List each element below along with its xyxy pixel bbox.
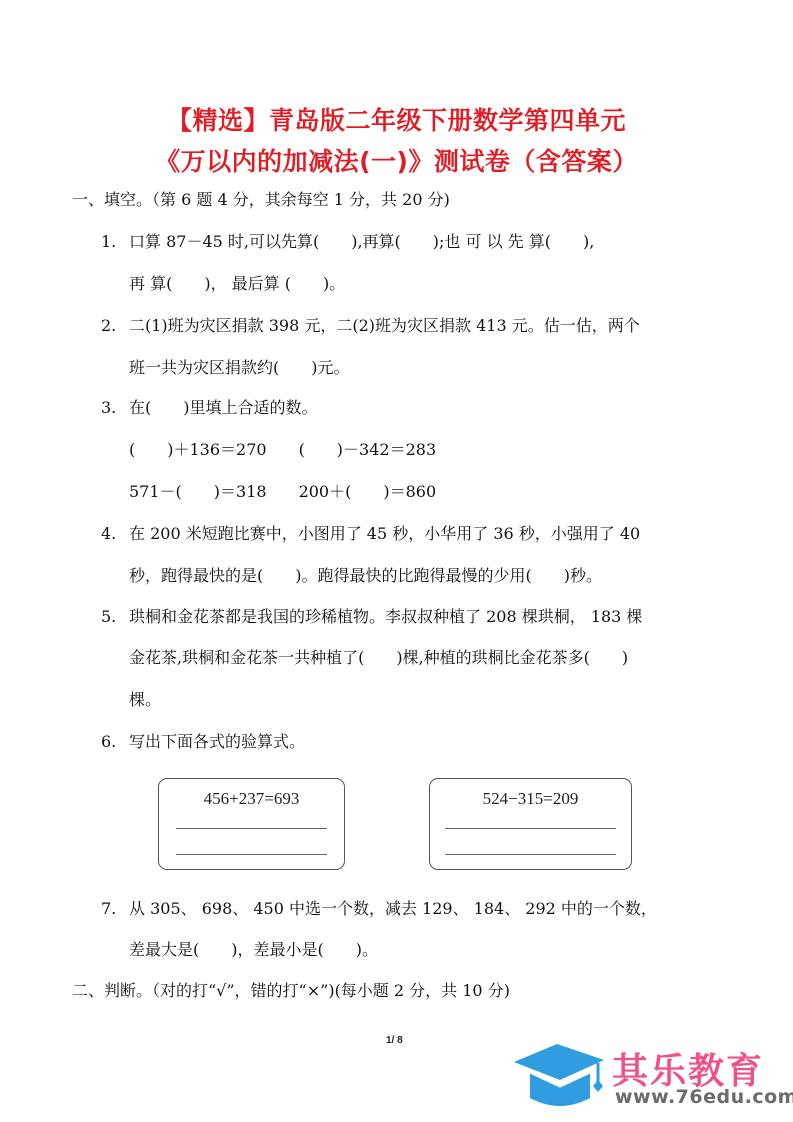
document-title-line-1: 【精选】青岛版二年级下册数学第四单元 — [0, 101, 793, 137]
question-6-line-1: 写出下面各式的验算式。 — [129, 732, 305, 752]
graduation-cap-icon — [512, 1042, 612, 1118]
question-number: 6. — [101, 732, 116, 752]
question-4-line-2: 秒，跑得最快的是( )。跑得最快的比跑得最慢的少用( )秒。 — [129, 566, 602, 586]
answer-line[interactable] — [445, 828, 616, 829]
question-4-line-1: 在 200 米短跑比赛中，小图用了 45 秒，小华用了 36 秒，小强用了 40 — [129, 524, 640, 544]
question-7-line-2: 差最大是( )，差最小是( )。 — [129, 940, 378, 960]
question-5-line-3: 棵。 — [129, 690, 161, 710]
question-3-line-1: 在( )里填上合适的数。 — [129, 398, 318, 418]
question-1-line-2: 再 算( )， 最后算 ( )。 — [129, 274, 345, 294]
verification-box-2: 524−315=209 — [429, 778, 632, 870]
question-3-equations-row-1: ( )＋136＝270 ( )－342＝283 — [129, 440, 436, 460]
question-1-line-1: 口算 87－45 时,可以先算( ),再算( );也 可 以 先 算( ), — [129, 232, 594, 252]
question-2-line-2: 班一共为灾区捐款约( )元。 — [129, 358, 350, 378]
section-1-heading: 一、填空。（第 6 题 4 分，其余每空 1 分，共 20 分) — [72, 190, 450, 210]
question-number: 1. — [101, 232, 116, 252]
question-number: 4. — [101, 524, 116, 544]
answer-line[interactable] — [445, 854, 616, 855]
page-number: 1/ 8 — [386, 1035, 403, 1046]
document-title-line-2: 《万以内的加减法(一)》测试卷（含答案） — [0, 142, 793, 178]
question-2-line-1: 二(1)班为灾区捐款 398 元，二(2)班为灾区捐款 413 元。估一估，两个 — [129, 316, 640, 336]
equation-text: 456+237=693 — [159, 789, 344, 809]
logo-url: www.76edu.com — [615, 1086, 793, 1108]
question-number: 7. — [101, 899, 116, 919]
equation-text: 524−315=209 — [430, 789, 631, 809]
question-7-line-1: 从 305、 698、 450 中选一个数，减去 129、 184、 292 中… — [129, 899, 657, 919]
question-number: 2. — [101, 316, 116, 336]
question-3-equations-row-2: 571－( )＝318 200＋( )＝860 — [129, 482, 436, 502]
answer-line[interactable] — [176, 828, 327, 829]
answer-line[interactable] — [176, 854, 327, 855]
question-5-line-1: 珙桐和金花茶都是我国的珍稀植物。李叔叔种植了 208 棵珙桐， 183 棵 — [129, 607, 642, 627]
verification-box-1: 456+237=693 — [158, 778, 345, 870]
question-5-line-2: 金花茶,珙桐和金花茶一共种植了( )棵,种植的珙桐比金花茶多( ) — [129, 648, 628, 668]
question-number: 5. — [101, 607, 116, 627]
section-2-heading: 二、判断。（对的打“√”，错的打“×”)(每小题 2 分，共 10 分) — [72, 981, 510, 1001]
question-number: 3. — [101, 398, 116, 418]
